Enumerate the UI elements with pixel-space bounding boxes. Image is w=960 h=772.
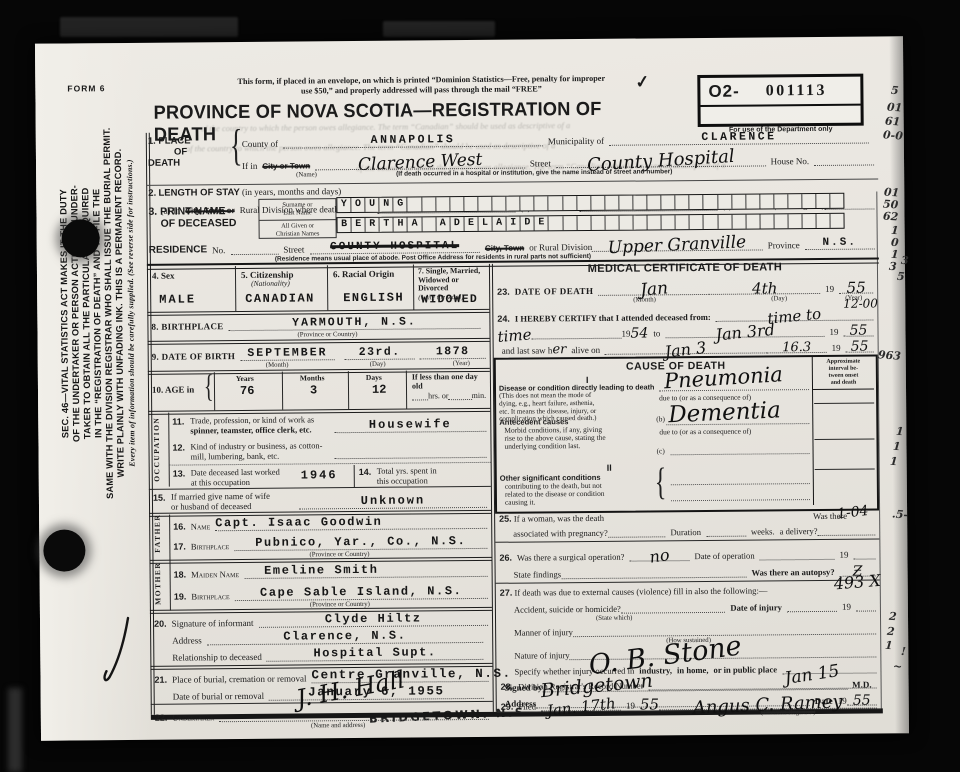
margin-code: 3 bbox=[889, 260, 898, 274]
margin-code: 61 bbox=[885, 114, 901, 128]
margin-code: 1 bbox=[893, 440, 902, 454]
margin-code: .5- bbox=[892, 507, 909, 521]
margin-code: 3 bbox=[901, 254, 910, 268]
margin-code: 2 bbox=[889, 610, 898, 624]
margin-code: 2 bbox=[887, 625, 896, 639]
margin-code: ! bbox=[901, 645, 907, 658]
margin-codes-layer: 501610-0015062101335963111.5-221!~ bbox=[0, 0, 960, 772]
margin-code: 963 bbox=[878, 348, 902, 363]
margin-code: 01 bbox=[887, 100, 903, 114]
margin-code: 5 bbox=[891, 84, 900, 98]
margin-code: 1 bbox=[890, 455, 899, 469]
margin-code: ~ bbox=[893, 660, 903, 674]
margin-code: 1 bbox=[885, 639, 894, 653]
scanned-death-registration-page: FORM 6 SEC. 46—VITAL STATISTICS ACT MAKE… bbox=[0, 0, 960, 772]
margin-code: 5 bbox=[897, 270, 906, 284]
margin-code: 62 bbox=[883, 209, 899, 223]
margin-code: 0-0 bbox=[883, 128, 904, 142]
margin-code: 1 bbox=[896, 425, 905, 439]
